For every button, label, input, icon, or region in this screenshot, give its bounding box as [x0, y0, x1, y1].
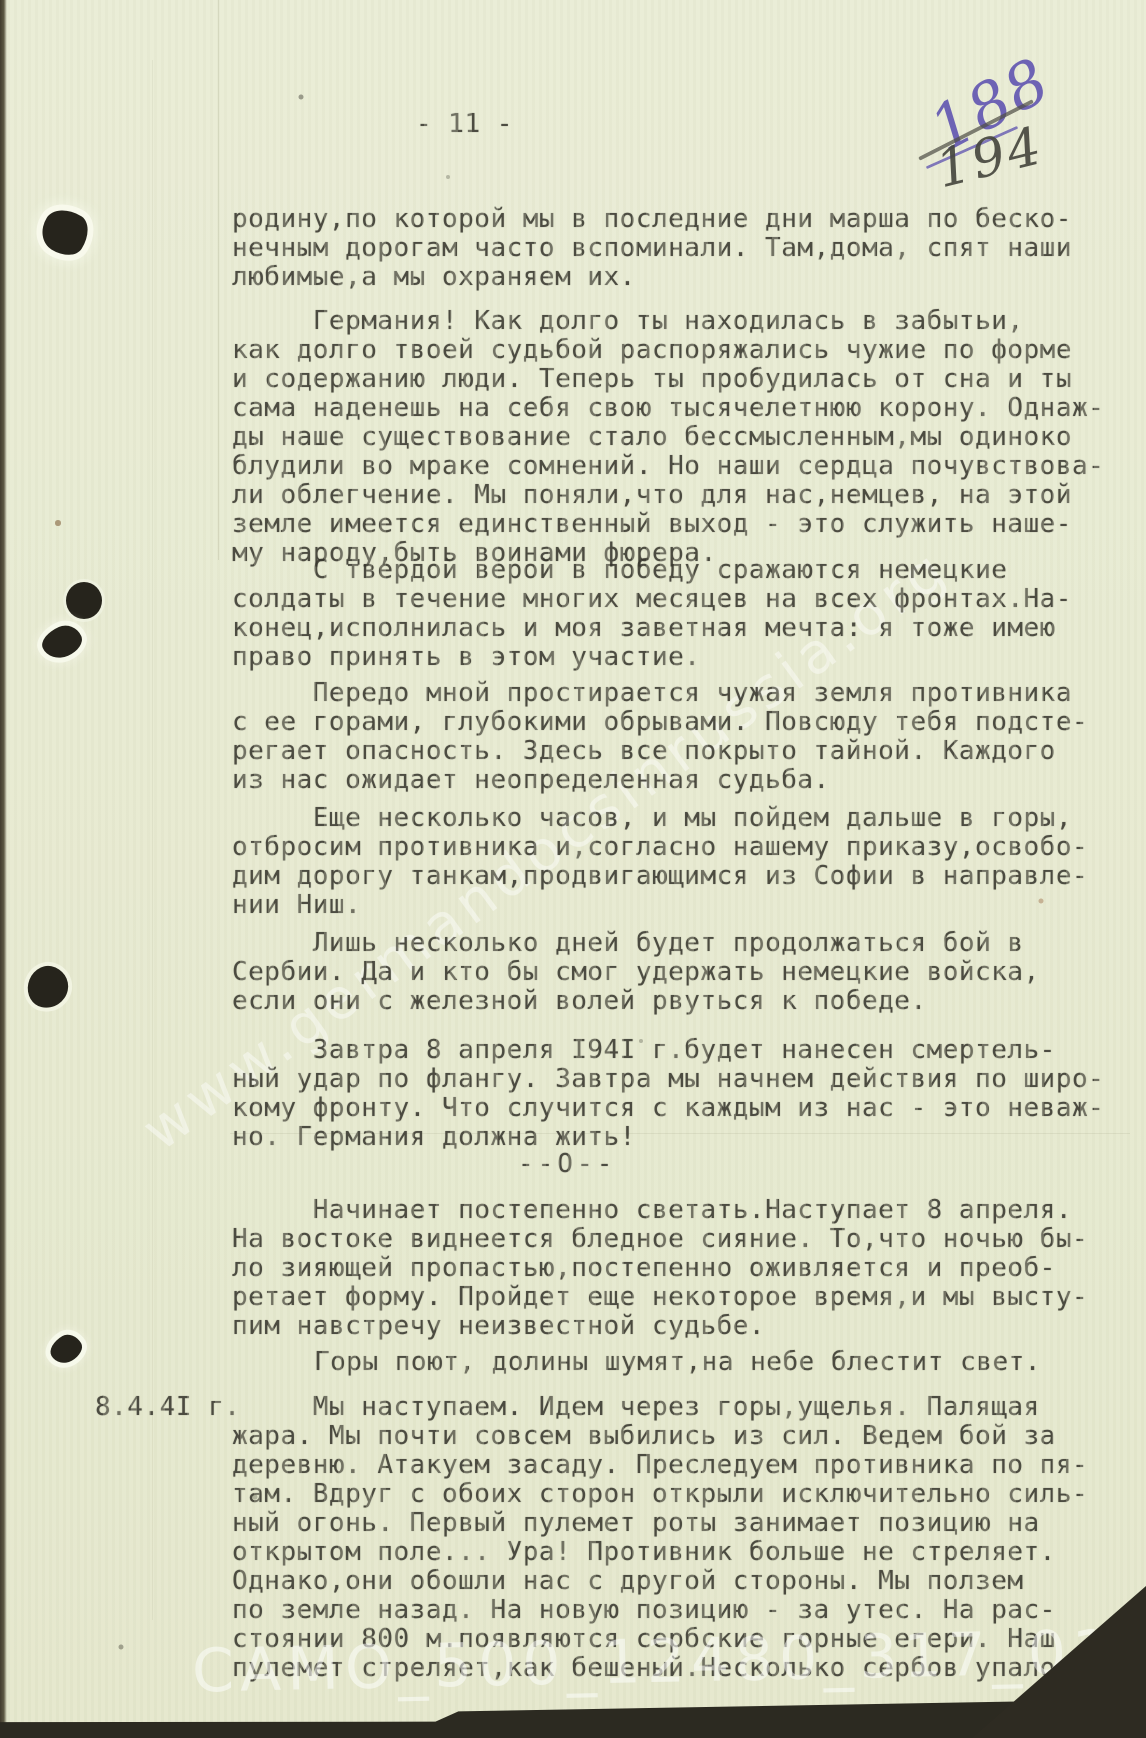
- paragraph-5: Еще несколько часов, и мы пойдем дальше …: [232, 804, 1088, 920]
- paragraph-2: Германия! Как долго ты находилась в забы…: [232, 307, 1104, 568]
- punch-hole-1: [34, 201, 96, 263]
- paragraph-1: родину,по которой мы в последние дни мар…: [232, 205, 1072, 292]
- paragraph-3: С твердой верой в победу сражаются немец…: [232, 556, 1072, 672]
- page-number: - 11 -: [416, 110, 513, 139]
- punch-hole-3: [38, 620, 87, 664]
- paragraph-10: Мы наступаем. Идем через горы,ущелья. Па…: [232, 1393, 1088, 1683]
- document-page: www.germandocsinrussia.org - 11 - 188 19…: [0, 0, 1146, 1738]
- scan-edge-left: [0, 0, 7, 1738]
- margin-date: 8.4.4I г.: [95, 1393, 240, 1422]
- paper-crease: [152, 60, 153, 1620]
- paragraph-8: Начинает постепенно светать.Наступает 8 …: [232, 1196, 1088, 1341]
- paragraph-9: Горы поют, долины шумят,на небе блестит …: [314, 1348, 1041, 1377]
- punch-hole-2: [66, 582, 102, 619]
- section-separator: --О--: [518, 1150, 616, 1179]
- paragraph-4: Передо мной простирается чужая земля про…: [232, 679, 1088, 795]
- punch-hole-5: [46, 1330, 87, 1369]
- scan-edge-bottom: [0, 1695, 1146, 1738]
- paragraph-6: Лишь несколько дней будет продолжаться б…: [232, 929, 1040, 1016]
- punch-hole-4: [24, 962, 72, 1011]
- paper-crease: [218, 0, 219, 560]
- paragraph-7: Завтра 8 апреля I94I г.будет нанесен сме…: [232, 1036, 1104, 1152]
